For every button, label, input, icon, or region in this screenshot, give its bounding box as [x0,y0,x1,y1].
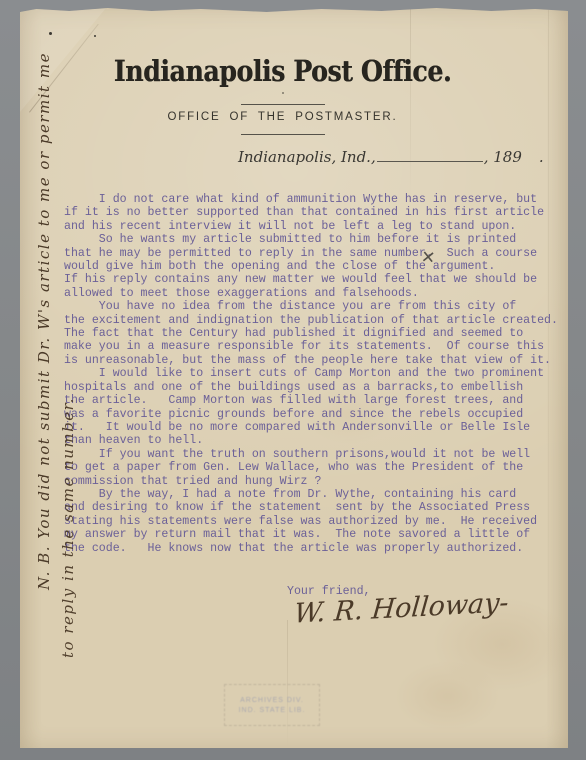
dateline-period: . [539,148,544,166]
typed-line: is unreasonable, but the mass of the peo… [64,354,558,367]
typed-line: If his reply contains any new matter we … [64,273,558,286]
date-blank-line [377,148,483,162]
typed-line: make you in a measure responsible for it… [64,340,558,353]
typed-line: and desiring to know if the statement se… [64,501,558,514]
handwritten-marginalia: N. B. You did not submit Dr. W's article… [32,28,80,660]
typed-line: it. It would be no more compared with An… [64,421,558,434]
divider-line-top [241,104,325,105]
typed-line: You have no idea from the distance you a… [64,300,558,313]
dateline-place: Indianapolis, Ind., [238,148,376,166]
stamp-line: ARCHIVES DIV. [225,697,319,704]
faint-archive-stamp: ARCHIVES DIV. IND. STATE LIB. [224,684,320,726]
letterhead-title: Indianapolis Post Office. [54,54,511,88]
typed-line: So he wants my article submitted to him … [64,233,558,246]
typed-line: the article. Camp Morton was filled with… [64,394,558,407]
letter-paper: Indianapolis Post Office. OFFICE OF THE … [20,8,568,748]
typed-line: if it is no better supported than that c… [64,206,558,219]
divider-line-bottom [241,134,325,135]
typed-letter-body: I do not care what kind of ammunition Wy… [64,193,558,555]
letterhead: Indianapolis Post Office. OFFICE OF THE … [20,8,545,42]
typed-line: I do not care what kind of ammunition Wy… [64,193,558,206]
typed-line: was a favorite picnic grounds before and… [64,408,558,421]
scanner-background: Indianapolis Post Office. OFFICE OF THE … [0,0,586,760]
typed-line: to get a paper from Gen. Lew Wallace, wh… [64,461,558,474]
typed-line: stating his statements were false was au… [64,515,558,528]
typed-line: If you want the truth on southern prison… [64,448,558,461]
stamp-line: IND. STATE LIB. [225,707,319,714]
typed-line: the code. He knows now that the article … [64,542,558,555]
typed-line: than heaven to hell. [64,434,558,447]
marginalia-line: to reply in the same number. [56,28,80,660]
typed-line: commission that tried and hung Wirz ? [64,475,558,488]
typed-line: I would like to insert cuts of Camp Mort… [64,367,558,380]
paper-speck [282,92,284,94]
marginalia-line: N. B. You did not submit Dr. W's article… [32,28,56,660]
typed-line: would give him both the opening and the … [64,260,558,273]
typed-line: allowed to meet those exaggerations and … [64,287,558,300]
handwritten-x-mark: ✕ [420,247,436,268]
typed-line: the excitement and indignation the publi… [64,314,558,327]
typed-line: By the way, I had a note from Dr. Wythe,… [64,488,558,501]
dateline-year: , 189 [484,148,522,166]
typed-line: and his recent interview it will not be … [64,220,558,233]
typed-line: that he may be permitted to reply in the… [64,247,558,260]
typed-line: The fact that the Century had published … [64,327,558,340]
typed-line: hospitals and one of the buildings used … [64,381,558,394]
letterhead-office-line: OFFICE OF THE POSTMASTER. [20,111,545,123]
typed-line: my answer by return mail that it was. Th… [64,528,558,541]
dateline: Indianapolis, Ind., , 189 . [238,148,544,166]
